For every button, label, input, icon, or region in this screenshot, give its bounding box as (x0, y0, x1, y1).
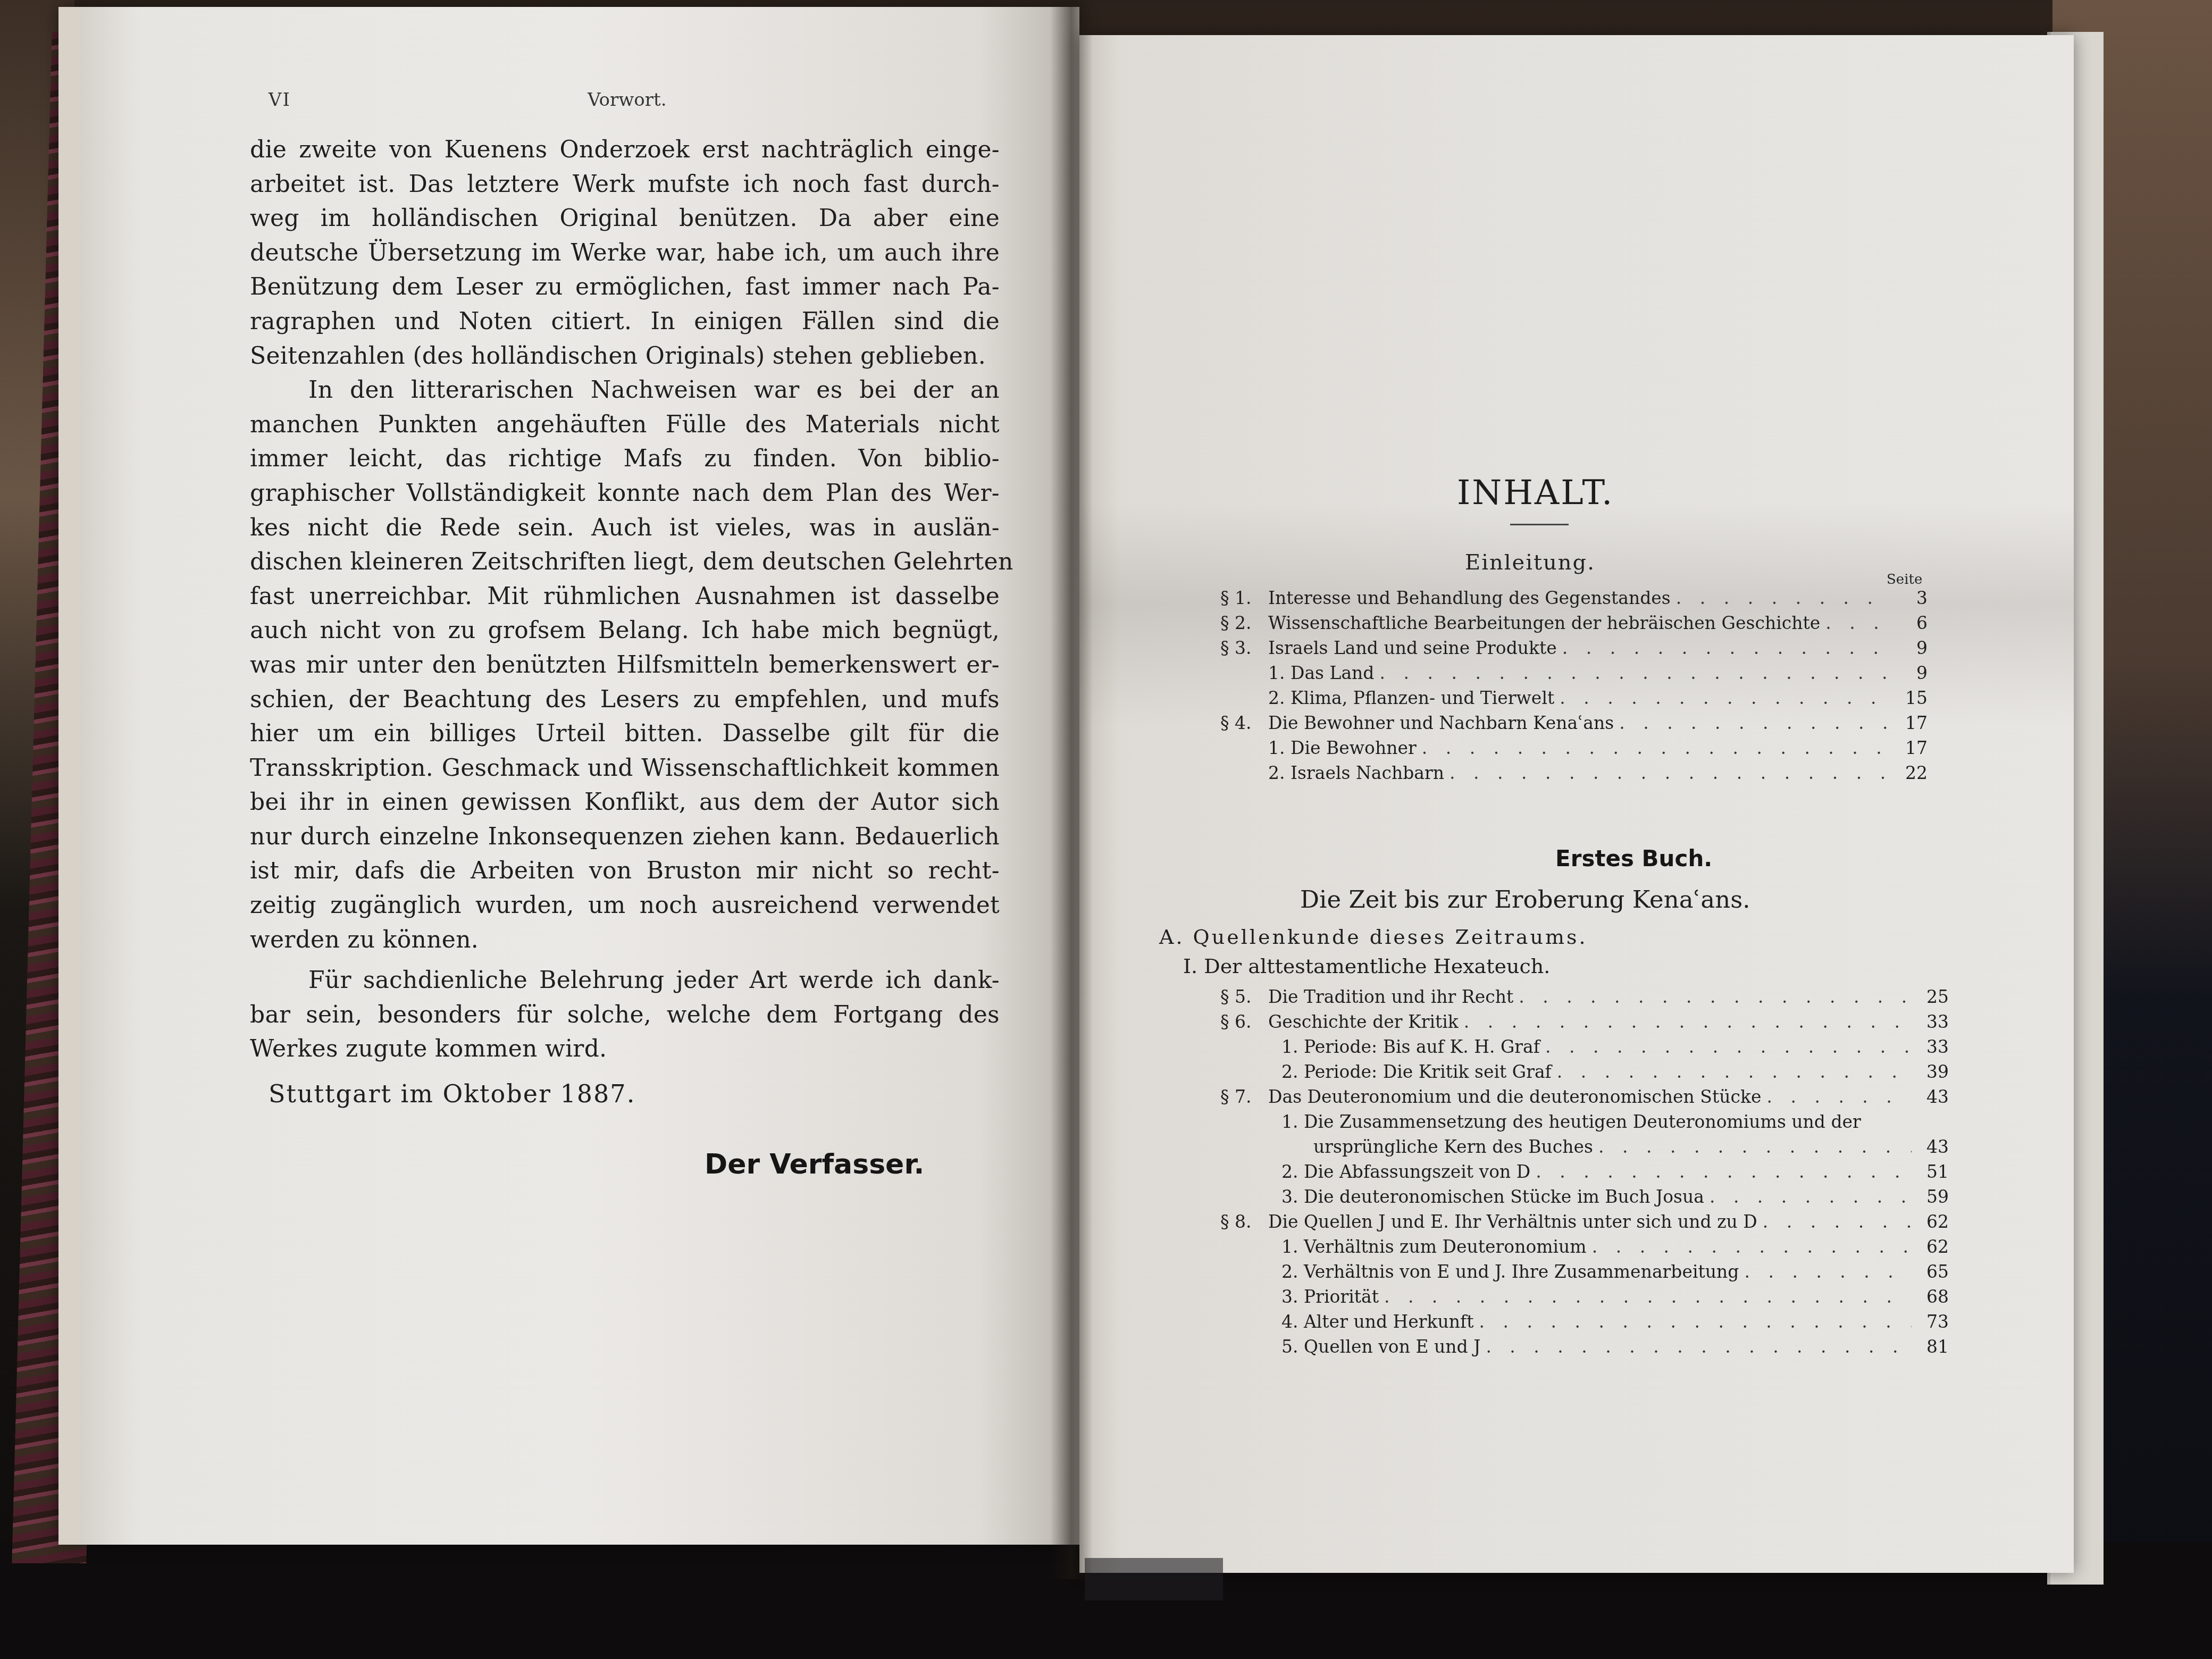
text-line: In den litterarischen Nachweisen war es … (250, 373, 1000, 408)
toc-subentry: 2. Klima, Pflanzen- und Tierwelt 15 (1268, 688, 1928, 712)
toc-entry-page: 43 (1917, 1086, 1949, 1107)
toc-entry-page: 33 (1917, 1011, 1949, 1032)
leader-dots (1380, 663, 1891, 683)
text-line: deutsche Übersetzung im Werke war, habe … (250, 236, 1000, 271)
book-spine-shadow (1050, 0, 1093, 1579)
leader-dots (1479, 1311, 1912, 1332)
part-heading-a: A. Quellenkunde dieses Zeitraums. (1159, 925, 1588, 949)
toc-entry-title: Die Bewohner und Nachbarn Kenaʿans (1268, 713, 1614, 733)
text-line: graphischer Vollständigkeit konnte nach … (250, 476, 1000, 511)
toc-entry-page: 33 (1917, 1036, 1949, 1057)
toc-subentry: 3. Priorität 68 (1281, 1286, 1949, 1311)
leader-dots (1598, 1136, 1912, 1157)
text-line: die zweite von Kuenens Onderzoek erst na… (250, 133, 1000, 167)
toc-title: INHALT. (1457, 473, 1614, 513)
leader-dots (1422, 738, 1890, 758)
toc-subentry: 1. Periode: Bis auf K. H. Graf 33 (1281, 1036, 1949, 1061)
toc-entry: § 6. Geschichte der Kritik 33 (1220, 1011, 1949, 1036)
book-heading: Erstes Buch. (1555, 845, 1712, 872)
leader-dots (1486, 1336, 1912, 1357)
toc-entry-title: 1. Periode: Bis auf K. H. Graf (1281, 1036, 1540, 1057)
leader-dots (1825, 613, 1890, 633)
toc-entry-title: 1. Das Land (1268, 663, 1375, 683)
toc-entry-section: § 3. (1220, 638, 1268, 658)
text-line: werden zu können. (250, 923, 1000, 958)
text-line: nur durch einzelne Inkonsequenzen ziehen… (250, 820, 1000, 854)
leader-dots (1464, 1011, 1912, 1032)
page-number: VI (269, 89, 291, 111)
toc-entry-title: 1. Verhältnis zum Deuteronomium (1281, 1236, 1587, 1257)
toc-entry-title: 2. Verhältnis von E und J. Ihre Zusammen… (1281, 1261, 1739, 1282)
toc-entry-page: 3 (1896, 588, 1928, 608)
toc-subentry: 1. Verhältnis zum Deuteronomium 62 (1281, 1236, 1949, 1261)
toc-entry-page: 25 (1917, 986, 1949, 1007)
leader-dots (1676, 588, 1890, 608)
leader-dots (1560, 688, 1890, 708)
toc-entry-section: § 1. (1220, 588, 1268, 608)
leader-dots (1384, 1286, 1912, 1307)
text-line: bei ihr in einen gewissen Konflikt, aus … (250, 785, 1000, 820)
toc-entry-page: 73 (1917, 1311, 1949, 1332)
toc-subentry-continued: ursprüngliche Kern des Buches 43 (1313, 1136, 1949, 1161)
leader-dots (1519, 986, 1912, 1007)
text-line: arbeitet ist. Das letztere Werk mufste i… (250, 167, 1000, 202)
toc-subentry: 2. Die Abfassungszeit von D 51 (1281, 1161, 1949, 1186)
text-line: dischen kleineren Zeitschriften liegt, d… (250, 545, 1000, 580)
toc-entry-page: 62 (1917, 1236, 1949, 1257)
toc-entry-title: Interesse und Behandlung des Gegenstande… (1268, 588, 1671, 608)
toc-entry-title: Wissenschaftliche Bearbeitungen der hebr… (1268, 613, 1820, 633)
toc-entry-section: § 7. (1220, 1086, 1268, 1107)
toc-subentry: 2. Verhältnis von E und J. Ihre Zusammen… (1281, 1261, 1949, 1286)
leader-dots (1744, 1261, 1912, 1282)
text-line: manchen Punkten angehäuften Fülle des Ma… (250, 408, 1000, 442)
text-line: kes nicht die Rede sein. Auch ist vieles… (250, 511, 1000, 546)
text-line: auch nicht von zu grofsem Belang. Ich ha… (250, 614, 1000, 648)
leader-dots (1545, 1036, 1912, 1057)
toc-entry-page: 9 (1896, 638, 1928, 658)
toc-entry-page: 62 (1917, 1211, 1949, 1232)
text-line: zeitig zugänglich wurden, um noch ausrei… (250, 889, 1000, 923)
page-column-label: Seite (1887, 572, 1922, 588)
text-line: was mir unter den benützten Hilfsmitteln… (250, 648, 1000, 683)
leader-dots (1592, 1236, 1912, 1257)
toc-entry-section: § 2. (1220, 613, 1268, 633)
toc-entry-title: 4. Alter und Herkunft (1281, 1311, 1474, 1332)
toc-entry-page: 17 (1896, 738, 1928, 758)
leader-dots (1763, 1211, 1912, 1232)
toc-entry-title: 3. Die deuteronomischen Stücke im Buch J… (1281, 1186, 1704, 1207)
leader-dots (1766, 1086, 1912, 1107)
text-line: Werkes zugute kommen wird. (250, 1032, 1000, 1067)
toc-entry-title: 3. Priorität (1281, 1286, 1379, 1307)
toc-entry-title: Geschichte der Kritik (1268, 1011, 1459, 1032)
toc-subentry: 1. Das Land 9 (1268, 663, 1928, 687)
toc-subentry: 2. Periode: Die Kritik seit Graf 39 (1281, 1061, 1949, 1086)
section-heading-einleitung: Einleitung. (1465, 550, 1595, 575)
toc-entry-page: 15 (1896, 688, 1928, 708)
text-line: fast unerreichbar. Mit rühmlichen Ausnah… (250, 580, 1000, 614)
leader-dots (1710, 1186, 1912, 1207)
text-line: ist mir, dafs die Arbeiten von Bruston m… (250, 854, 1000, 889)
toc-entry-page: 43 (1917, 1136, 1949, 1157)
running-head: VI Vorwort. (269, 89, 1002, 121)
library-sticker (1085, 1558, 1223, 1601)
toc-entry-section: § 4. (1220, 713, 1268, 733)
toc-entry: § 7. Das Deuteronomium und die deuterono… (1220, 1086, 1949, 1111)
toc-entry-title: ursprüngliche Kern des Buches (1313, 1136, 1593, 1157)
toc-entry-page: 68 (1917, 1286, 1949, 1307)
part-heading-i: I. Der alttestamentliche Hexateuch. (1183, 954, 1550, 978)
toc-entry-title: 2. Israels Nachbarn (1268, 763, 1444, 783)
text-line: weg im holländischen Original benützen. … (250, 202, 1000, 236)
book-subtitle: Die Zeit bis zur Eroberung Kenaʿans. (1300, 885, 1750, 914)
toc-entry-title: Die Quellen J und E. Ihr Verhältnis unte… (1268, 1211, 1757, 1232)
leader-dots (1449, 763, 1890, 783)
toc-entry-title: 1. Die Bewohner (1268, 738, 1417, 758)
toc-entry-title: Das Deuteronomium und die deuteronomisch… (1268, 1086, 1761, 1107)
title-divider (1510, 524, 1569, 525)
toc-entry-page: 65 (1917, 1261, 1949, 1282)
toc-subentry: 1. Die Bewohner 17 (1268, 738, 1928, 762)
place-date: Stuttgart im Oktober 1887. (269, 1079, 635, 1108)
toc-entry-page: 59 (1917, 1186, 1949, 1207)
toc-entry: § 3. Israels Land und seine Produkte 9 (1220, 638, 1928, 662)
toc-entry-page: 9 (1896, 663, 1928, 683)
toc-entry-page: 17 (1896, 713, 1928, 733)
toc-entry-page: 39 (1917, 1061, 1949, 1082)
toc-subentry: 5. Quellen von E und J 81 (1281, 1336, 1949, 1361)
text-line: Transskription. Geschmack und Wissenscha… (250, 751, 1000, 786)
toc-entry: § 1. Interesse und Behandlung des Gegens… (1220, 588, 1928, 612)
toc-entry: § 5. Die Tradition und ihr Recht 25 (1220, 986, 1949, 1011)
toc-entry-section: § 5. (1220, 986, 1268, 1007)
text-line: bar sein, besonders für solche, welche d… (250, 998, 1000, 1033)
toc-entry: § 8. Die Quellen J und E. Ihr Verhältnis… (1220, 1211, 1949, 1236)
toc-entry-title: 2. Klima, Pflanzen- und Tierwelt (1268, 688, 1554, 708)
preface-body: die zweite von Kuenens Onderzoek erst na… (250, 133, 1000, 1067)
toc-entry-page: 6 (1896, 613, 1928, 633)
toc-entry: § 2. Wissenschaftliche Bearbeitungen der… (1220, 613, 1928, 637)
toc-entry-section: § 6. (1220, 1011, 1268, 1032)
toc-subentry: 2. Israels Nachbarn 22 (1268, 763, 1928, 787)
leader-dots (1619, 713, 1890, 733)
leader-dots (1557, 1061, 1912, 1082)
toc-entry-title: Israels Land und seine Produkte (1268, 638, 1557, 658)
text-line: ragraphen und Noten citiert. In einigen … (250, 305, 1000, 339)
leader-dots (1536, 1161, 1912, 1182)
toc-subentry: 1. Die Zusammensetzung des heutigen Deut… (1281, 1111, 1949, 1136)
signature: Der Verfasser. (705, 1149, 924, 1180)
running-title: Vorwort. (588, 89, 666, 111)
toc-entry-title: 2. Die Abfassungszeit von D (1281, 1161, 1530, 1182)
text-line: Für sachdienliche Belehrung jeder Art we… (250, 963, 1000, 998)
text-line: Benützung dem Leser zu ermöglichen, fast… (250, 270, 1000, 305)
text-line: hier um ein billiges Urteil bitten. Dass… (250, 717, 1000, 751)
toc-entry-title: 5. Quellen von E und J (1281, 1336, 1480, 1357)
toc-subentry: 3. Die deuteronomischen Stücke im Buch J… (1281, 1186, 1949, 1211)
text-line: immer leicht, das richtige Mafs zu finde… (250, 442, 1000, 476)
text-line: Seitenzahlen (des holländischen Original… (250, 339, 1000, 374)
toc-entry-title: 2. Periode: Die Kritik seit Graf (1281, 1061, 1552, 1082)
toc-entry-section: § 8. (1220, 1211, 1268, 1232)
toc-entry-title: Die Tradition und ihr Recht (1268, 986, 1513, 1007)
toc-entry-page: 51 (1917, 1161, 1949, 1182)
toc-entry: § 4. Die Bewohner und Nachbarn Kenaʿans … (1220, 713, 1928, 737)
leader-dots (1562, 638, 1890, 658)
toc-entry-title: 1. Die Zusammensetzung des heutigen Deut… (1281, 1111, 1861, 1132)
text-line: schien, der Beachtung des Lesers zu empf… (250, 683, 1000, 717)
toc-entry-page: 22 (1896, 763, 1928, 783)
toc-entry-page: 81 (1917, 1336, 1949, 1357)
toc-subentry: 4. Alter und Herkunft 73 (1281, 1311, 1949, 1336)
